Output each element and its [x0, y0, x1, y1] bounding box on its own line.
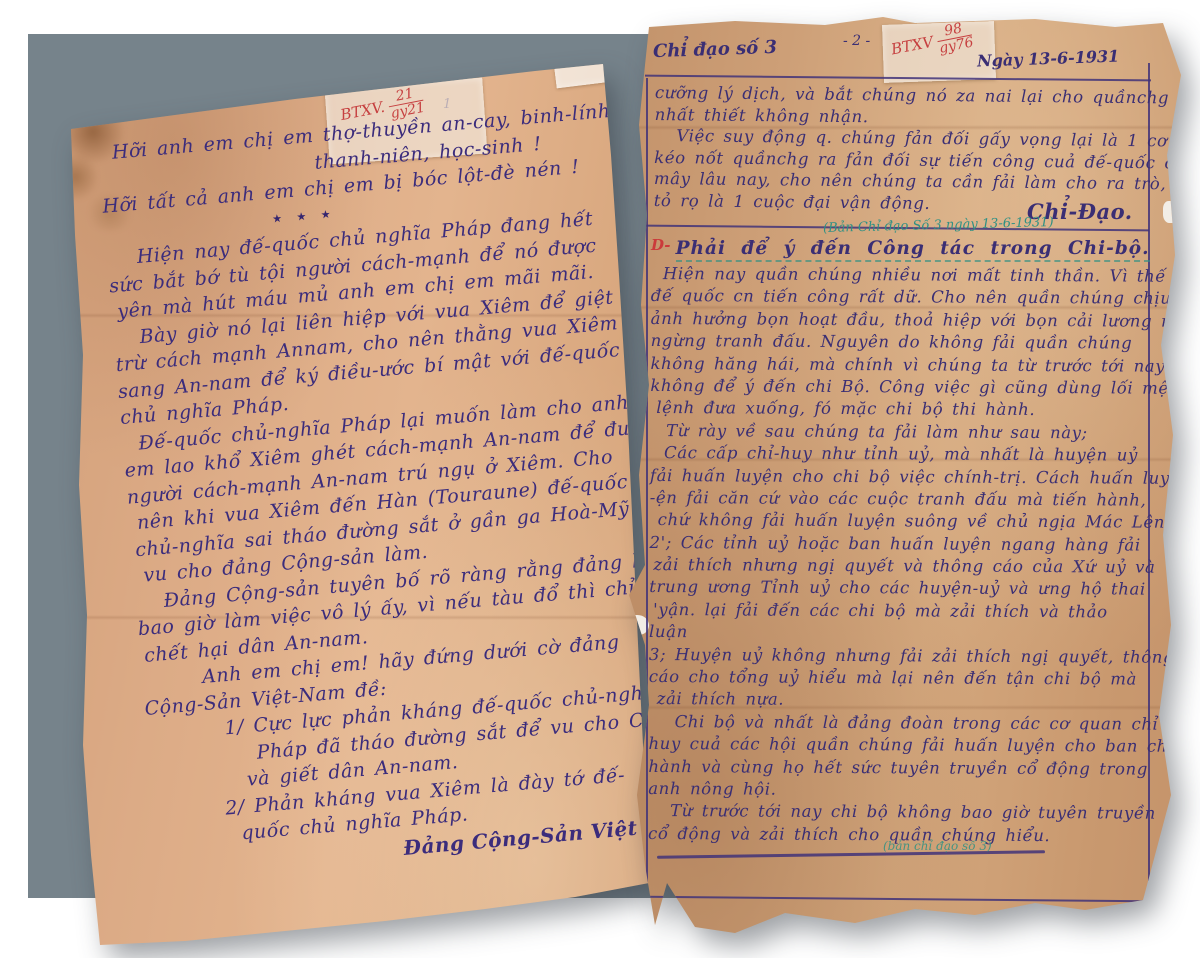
corner-mark: ×·	[68, 100, 81, 113]
document-date: Ngày 13-6-1931	[977, 47, 1120, 71]
torn-patch	[623, 553, 641, 579]
tape-fragment	[554, 56, 613, 89]
text-line: Hiện nay quần chúng nhiều nơi mất tinh t…	[651, 263, 1151, 288]
frame-rule-bottom	[646, 896, 1148, 902]
ink-stain	[53, 151, 97, 203]
text-line: đế quốc cn tiến công rất dữ. Cho nên quầ…	[651, 285, 1151, 310]
text-line: Các cấp chỉ-huy như tỉnh uỷ, mà nhất là …	[650, 442, 1150, 467]
left-document-page: ×· 1 BTXV. 21 gy21 Hỡi anh em chị em thợ…	[55, 55, 655, 950]
text-line: ngừng tranh đấu. Nguyên do không fải quầ…	[651, 330, 1151, 355]
directive-intro: cưỡng lý dịch, và bắt chúng nó za nai lạ…	[654, 82, 1150, 216]
text-line: Từ trước tới nay chi bộ không bao giờ tu…	[648, 800, 1148, 825]
text-line: zải thích nhưng ngị quyết và thông cáo c…	[649, 554, 1149, 579]
handwritten-body: Hiện nay quần chúng nhiều nơi mất tinh t…	[648, 263, 1151, 848]
text-line: 3; Huyện uỷ không nhưng fải zải thích ng…	[649, 644, 1149, 669]
text-line: huy cuả các hội quần chúng fải huấn luyệ…	[648, 733, 1148, 758]
handwritten-body: Hỡi anh em chị em thợ-thuyền an-cay, bin…	[97, 97, 685, 854]
page-number: - 2 -	[843, 33, 870, 49]
text-line: Chi bộ và nhất là đảng đoàn trong các cơ…	[649, 711, 1149, 736]
directive-source-note: (Bản Chỉ đạo Số 3 ngày 13-6-1931)	[823, 215, 1054, 236]
text-line: luận	[649, 621, 1149, 646]
text-line: Từ rày về sau chúng ta fải làm như sau n…	[650, 420, 1150, 445]
text-line: lệnh đưa xuống, fó mặc chi bộ thi hành.	[650, 397, 1150, 422]
section-title: Phải để ý đến Công tác trong Chi-bộ.	[676, 238, 1150, 262]
right-document-wrapper: Chỉ đạo số 3 - 2 - BTXV 98 gy76 Ngày 13-…	[615, 5, 1200, 950]
right-document-page: Chỉ đạo số 3 - 2 - BTXV 98 gy76 Ngày 13-…	[615, 5, 1200, 950]
section-heading: D- Phải để ý đến Công tác trong Chi-bộ.	[651, 236, 1150, 259]
text-line: -ện fải căn cứ vào các cuộc tranh đấu mà…	[650, 487, 1150, 512]
archive-label: BTXV 98 gy76	[888, 20, 974, 66]
footer-note: (bản chỉ đạo số 3)	[883, 839, 992, 853]
archive-label-prefix: BTXV	[890, 33, 935, 59]
text-line: ảnh hưởng bọn hoạt đầu, thoả hiệp với bọ…	[651, 308, 1151, 333]
text-line: fải huấn luyện cho chi bộ việc chính-trị…	[650, 465, 1150, 490]
text-line: không hăng hái, mà chính vì chúng ta từ …	[650, 353, 1150, 378]
document-title: Chỉ đạo số 3	[653, 37, 778, 62]
text-line: 'yận. lại fải đến các chi bộ mà zải thíc…	[649, 599, 1149, 624]
text-line: anh nông hội.	[648, 778, 1148, 803]
text-line: trung ương Tỉnh uỷ cho các huyện-uỷ và ư…	[649, 576, 1149, 601]
torn-patch	[1163, 201, 1179, 223]
text-line: zải thích nựa.	[649, 688, 1149, 713]
text-line: chứ không fải huấn luyện suông về chủ ng…	[650, 509, 1150, 534]
margin-mark: C2	[623, 155, 641, 170]
text-line: hành và cùng họ hết sức tuyên truyền cổ …	[648, 756, 1148, 781]
text-line: 2'; Các tỉnh uỷ hoặc ban huấn luyện ngan…	[649, 532, 1149, 557]
text-line: cáo cho tổng uỷ hiểu mà lại nên đến tận …	[649, 666, 1149, 691]
archive-label-number: 98 gy76	[935, 20, 975, 57]
left-document-wrapper: ×· 1 BTXV. 21 gy21 Hỡi anh em chị em thợ…	[55, 55, 655, 950]
text-line: không để ý đến chi Bộ. Công việc gì cũng…	[650, 375, 1150, 400]
section-marker: D-	[651, 236, 671, 254]
